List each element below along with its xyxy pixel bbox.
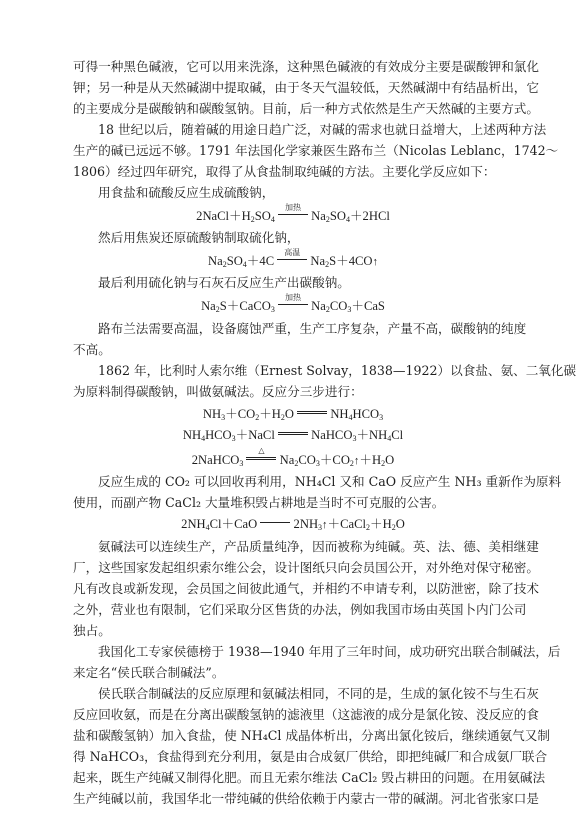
reaction-condition: 加热 xyxy=(278,214,308,220)
equation-right: NaHCO3＋NH4Cl xyxy=(311,428,403,442)
equals-sign xyxy=(260,522,290,528)
equation-right: NH4HCO3 xyxy=(330,407,383,421)
paragraph-line: 凡有改良或新发现，会员国之间彼此通气，并相约不申请专利，以防泄密，除了技术 xyxy=(73,579,513,599)
equation-6: 2NaHCO3 △ Na2CO3＋CO2↑＋H2O xyxy=(73,450,513,471)
paragraph-line: 反应回收氨，而是在分离出碳酸氢钠的滤液里（这滤液的成分是氯化铵、没反应的食 xyxy=(73,705,513,725)
paragraph-line: 不高。 xyxy=(73,340,513,360)
paragraph-line: 生产纯碱以前，我国华北一带纯碱的供给依赖于内蒙古一带的碱湖。河北省张家口是 xyxy=(73,789,513,809)
equation-right: Na2CO3＋CaS xyxy=(311,299,385,313)
paragraph-line: 然后用焦炭还原硫酸钠制取硫化钠， xyxy=(98,228,513,248)
paragraph-line: 可得一种黑色碱液，它可以用来洗涤，这种黑色碱液的有效成分主要是碳酸钾和氯化 xyxy=(73,57,513,77)
equals-sign xyxy=(297,411,327,418)
equation-right: Na2CO3＋CO2↑＋H2O xyxy=(280,453,395,467)
equation-left: 2NaHCO3 xyxy=(192,453,244,467)
reaction-condition: △ xyxy=(246,457,276,464)
reaction-condition: 高温 xyxy=(277,259,307,265)
equation-5: NH4HCO3＋NaCl NaHCO3＋NH4Cl xyxy=(73,425,513,445)
equation-right: 2NH3↑＋CaCl2＋H2O xyxy=(294,517,405,531)
paragraph-line: 厂，这些国家发起组织索尔维公会，设计图纸只向会员国公开，对外绝对保守秘密。 xyxy=(73,558,513,578)
equation-right: Na2SO4＋2HCl xyxy=(311,209,390,223)
equation-right: Na2S＋4CO↑ xyxy=(310,254,378,268)
equation-left: NH3＋CO2＋H2O xyxy=(203,407,294,421)
equation-1: 2NaCl＋H2SO4 加热 Na2SO4＋2HCl xyxy=(73,206,513,226)
paragraph-line: 用食盐和硫酸反应生成硫酸钠， xyxy=(98,183,513,203)
paragraph-line: 1862 年，比利时人索尔维（Ernest Solvay，1838—1922）以… xyxy=(98,361,513,381)
paragraph-line: 反应生成的 CO₂ 可以回收再利用，NH₄Cl 又和 CaO 反应产生 NH₃ … xyxy=(98,472,513,492)
equation-2: Na2SO4＋4C 高温 Na2S＋4CO↑ xyxy=(73,251,513,272)
equation-left: 2NaCl＋H2SO4 xyxy=(196,209,275,223)
paragraph-line: 使用，而副产物 CaCl₂ 大量堆积毁占耕地是当时不可克服的公害。 xyxy=(73,493,513,513)
reaction-condition: 加热 xyxy=(278,304,308,310)
paragraph-line: 1806）经过四年研究，取得了从食盐制取纯碱的方法。主要化学反应如下： xyxy=(73,162,513,182)
paragraph-line: 为原料制得碳酸钠，叫做氨碱法。反应分三步进行： xyxy=(73,382,513,402)
paragraph-line: 之外，营业也有限制，它们采取分区售货的办法，例如我国市场由英国卜内门公司 xyxy=(73,600,513,620)
equation-left: Na2S＋CaCO3 xyxy=(201,299,275,313)
paragraph-line: 我国化工专家侯德榜于 1938—1940 年用了三年时间，成功研究出联合制碱法，… xyxy=(98,642,513,662)
equals-sign xyxy=(278,432,308,439)
equation-left: 2NH4Cl＋CaO xyxy=(181,517,257,531)
paragraph-line: 得 NaHCO₃，食盐得到充分利用，氨是由合成氨厂供给，即把纯碱厂和合成氨厂联合 xyxy=(73,747,513,767)
equation-7: 2NH4Cl＋CaO 2NH3↑＋CaCl2＋H2O xyxy=(73,514,513,535)
paragraph-line: 侯氏联合制碱法的反应原理和氨碱法相同，不同的是，生成的氯化铵不与生石灰 xyxy=(98,684,513,704)
equation-3: Na2S＋CaCO3 加热 Na2CO3＋CaS xyxy=(73,296,513,316)
paragraph-line: 氨碱法可以连续生产，产品质量纯净，因而被称为纯碱。英、法、德、美相继建 xyxy=(98,537,513,557)
paragraph-line: 独占。 xyxy=(73,621,513,641)
paragraph-line: 最后利用硫化钠与石灰石反应生产出碳酸钠。 xyxy=(98,273,513,293)
equation-4: NH3＋CO2＋H2O NH4HCO3 xyxy=(73,404,513,424)
paragraph-line: 钾；另一种是从天然碱湖中提取碱，由于冬天气温较低，天然碱湖中有结晶析出，它 xyxy=(73,78,513,98)
paragraph-line: 生产的碱已远远不够。1791 年法国化学家兼医生路布兰（Nicolas Lebl… xyxy=(73,141,513,161)
paragraph-line: 18 世纪以后，随着碱的用途日趋广泛，对碱的需求也就日益增大，上述两种方法 xyxy=(98,120,513,140)
equation-left: Na2SO4＋4C xyxy=(208,254,274,268)
paragraph-line: 起来，既生产纯碱又制得化肥。而且无索尔维法 CaCl₂ 毁占耕田的问题。在用氨碱… xyxy=(73,768,513,788)
paragraph-line: 路布兰法需要高温，设备腐蚀严重，生产工序复杂，产量不高，碳酸钠的纯度 xyxy=(98,319,513,339)
paragraph-line: 的主要成分是碳酸钠和碳酸氢钠。目前，后一种方式依然是生产天然碱的主要方式。 xyxy=(73,99,513,119)
equation-left: NH4HCO3＋NaCl xyxy=(183,428,275,442)
paragraph-line: 盐和碳酸氢钠）加入食盐，使 NH₄Cl 成晶体析出，分离出氯化铵后，继续通氨气又… xyxy=(73,726,513,746)
paragraph-line: 来定名“侯氏联合制碱法”。 xyxy=(73,663,513,683)
